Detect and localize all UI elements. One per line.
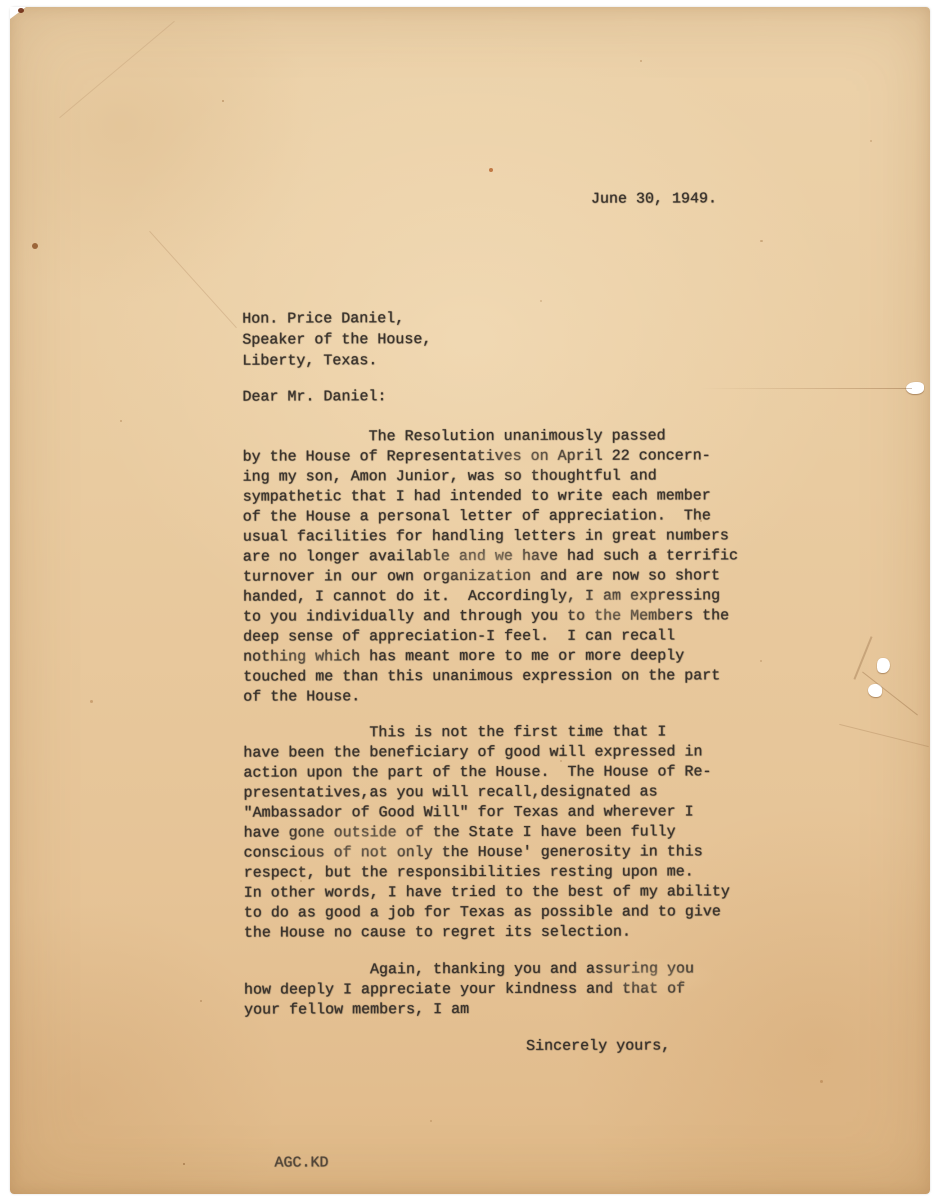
recipient-name: Hon. Price Daniel, (242, 308, 404, 329)
paper-speck (90, 700, 93, 703)
salutation: Dear Mr. Daniel: (242, 387, 386, 407)
edge-tear-chip (868, 684, 882, 697)
scanned-letter-background: June 30, 1949. Hon. Price Daniel, Speake… (0, 0, 939, 1200)
paper-speck (760, 660, 762, 662)
letter-date: June 30, 1949. (591, 189, 717, 209)
paper-speck (489, 168, 493, 172)
paper-speck (18, 8, 24, 13)
paper-speck (330, 560, 332, 562)
paper-speck (430, 1120, 432, 1122)
paper-speck (760, 240, 763, 242)
body-paragraph-2: This is not the first time that I have b… (243, 722, 730, 943)
paper-speck (820, 1080, 823, 1083)
paper-speck (32, 243, 38, 249)
paper-speck (700, 520, 702, 522)
paper-speck (540, 300, 542, 302)
paper-speck (300, 880, 302, 882)
letter-page: June 30, 1949. Hon. Price Daniel, Speake… (10, 7, 930, 1194)
recipient-city: Liberty, Texas. (242, 350, 377, 371)
paper-speck (222, 100, 224, 102)
recipient-title: Speaker of the House, (242, 329, 431, 350)
body-paragraph-3: Again, thanking you and assuring you how… (244, 959, 694, 1020)
typist-initials: AGC.KD (274, 1153, 328, 1173)
paper-speck (870, 140, 872, 142)
paper-speck (680, 980, 682, 982)
typed-text-layer: June 30, 1949. Hon. Price Daniel, Speake… (8, 6, 931, 1195)
paper-speck (640, 60, 642, 62)
body-paragraph-1: The Resolution unanimously passed by the… (243, 426, 739, 707)
paper-speck (120, 420, 122, 422)
paper-speck (183, 1163, 185, 1165)
complimentary-closing: Sincerely yours, (526, 1036, 670, 1056)
edge-tear-chip (906, 382, 924, 394)
paper-speck (560, 760, 562, 762)
paper-speck (200, 1000, 202, 1002)
recipient-address-block: Hon. Price Daniel, Speaker of the House,… (8, 6, 928, 8)
